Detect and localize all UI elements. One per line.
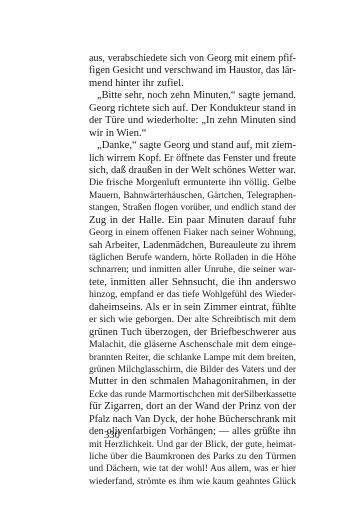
text-line: täglichen Berufe wandern, hörte Rolladen… xyxy=(89,252,296,264)
text-line: mit Herzlichkeit. Und gar der Blick, der… xyxy=(89,439,296,451)
text-line: Ecke das runde Marmortischchen mit derSi… xyxy=(89,389,296,401)
book-page: aus, verabschiedete sich von Georg mit e… xyxy=(0,0,361,512)
text-line: für Zigarren, dort an der Wand der Prinz… xyxy=(89,401,296,413)
text-line: brannten Reiter, die schlanke Lampe mit … xyxy=(89,352,296,364)
body-text: aus, verabschiedete sich von Georg mit e… xyxy=(89,53,296,488)
text-line: wiederfand, strömte es ihm wie kaum geah… xyxy=(89,476,296,488)
text-line: grünen Milchglasschirm, die Bilder des V… xyxy=(89,364,296,376)
text-line: Georg richtete sich auf. Der Kondukteur … xyxy=(89,103,296,115)
text-line: liche über die Baumkronen des Parks zu d… xyxy=(89,451,296,463)
text-line: sah Arbeiter, Ladenmädchen, Bureauleute … xyxy=(89,240,296,252)
text-line: daheimseins. Als er in sein Zimmer eintr… xyxy=(89,302,296,314)
text-line: Mauern, Bahnwärterhäuschen, Gärtchen, Te… xyxy=(89,190,296,202)
text-line: mend hinter ihr zufiel. xyxy=(89,78,296,90)
text-line: hinzog, empfand er das tiefe Wohlgefühl … xyxy=(89,289,296,301)
text-line: Malachit, die gläserne Aschenschale mit … xyxy=(89,339,296,351)
text-line: tete, inmitten aller Sehnsucht, die ihn … xyxy=(89,277,296,289)
text-line: aus, verabschiedete sich von Georg mit e… xyxy=(89,53,296,65)
text-line: er sich wie geborgen. Der alte Schreibti… xyxy=(89,314,296,326)
text-line: wir in Wien.“ xyxy=(89,128,296,140)
text-line: den olivenfarbigen Vorhängen; — alles gr… xyxy=(89,426,296,438)
text-line: lich wirrem Kopf. Er öffnete das Fenster… xyxy=(89,153,296,165)
text-line: Pfalz nach Van Dyck, der hohe Bücherschr… xyxy=(89,414,296,426)
text-line: stangen, Straßen flogen vorüber, und end… xyxy=(89,202,296,214)
text-line: figen Gesicht und verschwand im Haustor,… xyxy=(89,65,296,77)
page-number: 330 xyxy=(104,430,120,441)
text-line: Zug in der Halle. Ein paar Minuten darau… xyxy=(89,215,296,227)
text-line: „Danke,“ sagte Georg und stand auf, mit … xyxy=(89,140,296,152)
text-line: Mutter in den schmalen Mahagonirahmen, i… xyxy=(89,376,296,388)
text-line: der Türe und wiederholte: „In zehn Minut… xyxy=(89,115,296,127)
text-line: „Bitte sehr, noch zehn Minuten,“ sagte j… xyxy=(89,90,296,102)
text-line: schnarren; und inmitten aller Unruhe, di… xyxy=(89,264,296,276)
text-line: sich, daß draußen in der Welt schönes We… xyxy=(89,165,296,177)
text-line: grünen Tuch überzogen, der Briefbeschwer… xyxy=(89,327,296,339)
text-line: Georg in einem offenen Fiaker nach seine… xyxy=(89,227,296,239)
text-line: Die frische Morgenluft ermunterte ihn vö… xyxy=(89,177,296,189)
text-line: und Dächern, wie tat der wohl! Aus allem… xyxy=(89,463,296,475)
